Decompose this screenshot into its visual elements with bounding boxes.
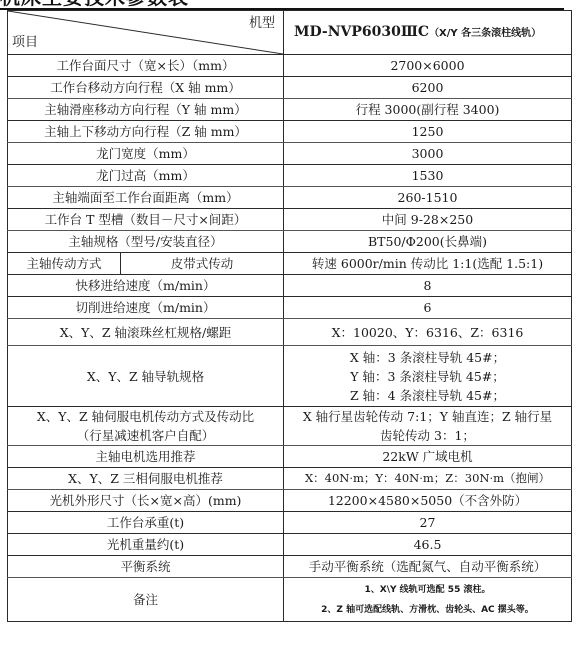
row-value: 3000 (284, 143, 572, 165)
row-value: 46.5 (284, 534, 572, 556)
row-item: X、Y、Z 三相伺服电机推荐 (8, 468, 284, 490)
table-header-row: 机型 项目 MD-NVP6030ⅢC（X/Y 各三条滚柱线轨） (8, 11, 572, 55)
row-value: 手动平衡系统（选配氮气、自动平衡系统） (284, 556, 572, 578)
table-row: X、Y、Z 轴滚珠丝杠规格/螺距X：10020、Y：6316、Z：6316 (8, 319, 572, 346)
model-note: （X/Y 各三条滚柱线轨） (429, 28, 541, 39)
row-value: 22kW 广域电机 (284, 446, 572, 468)
row-item: 主轴传动方式 (8, 253, 121, 275)
row-value: 27 (284, 512, 572, 534)
row-value: 6 (284, 297, 572, 319)
header-diagonal-cell: 机型 项目 (8, 11, 284, 55)
table-row: 主轴端面至工作台面距离（mm）260-1510 (8, 187, 572, 209)
row-item: 平衡系统 (8, 556, 284, 578)
row-value: BT50/Φ200(长鼻端) (284, 231, 572, 253)
header-item-label: 项目 (12, 33, 38, 52)
table-row: 工作台承重(t)27 (8, 512, 572, 534)
table-row: 龙门宽度（mm）3000 (8, 143, 572, 165)
row-item: 工作台面尺寸（宽×长）（mm） (8, 55, 284, 77)
row-value-lines: X 轴行星齿轮传动 7:1；Y 轴直连；Z 轴行星 齿轮传动 3：1； (284, 407, 572, 446)
row-item: 主轴滑座移动方向行程（Y 轴 mm） (8, 99, 284, 121)
table-row: 快移进给速度（m/min）8 (8, 275, 572, 297)
value-line: Y 轴：3 条滚柱导轨 45#； (286, 367, 569, 386)
row-value-lines: X 轴：3 条滚柱导轨 45#； Y 轴：3 条滚柱导轨 45#； Z 轴：4 … (284, 346, 572, 407)
row-item: 工作台 T 型槽（数目－尺寸×间距） (8, 209, 284, 231)
value-line: X 轴：3 条滚柱导轨 45#； (286, 348, 569, 367)
table-row: 工作台 T 型槽（数目－尺寸×间距）中间 9-28×250 (8, 209, 572, 231)
row-item: 光机重量约(t) (8, 534, 284, 556)
table-row: 平衡系统手动平衡系统（选配氮气、自动平衡系统） (8, 556, 572, 578)
row-item: 主轴规格（型号/安装直径） (8, 231, 284, 253)
row-value: 行程 3000(副行程 3400) (284, 99, 572, 121)
notes-cell: 1、X\Y 线轨可选配 55 滚柱。 2、Z 轴可选配线轨、方滑枕、齿轮头、AC… (284, 578, 572, 622)
value-line: Z 轴：4 条滚柱导轨 45#； (286, 386, 569, 405)
row-item: 主轴电机选用推荐 (8, 446, 284, 468)
row-value: X：40N·m；Y：40N·m；Z：30N·m（抱闸） (284, 468, 572, 490)
item-line: X、Y、Z 轴伺服电机传动方式及传动比 (10, 407, 281, 426)
table-row: 切削进给速度（m/min）6 (8, 297, 572, 319)
table-row: X、Y、Z 三相伺服电机推荐X：40N·m；Y：40N·m；Z：30N·m（抱闸… (8, 468, 572, 490)
row-value: 1530 (284, 165, 572, 187)
row-value: 8 (284, 275, 572, 297)
model-name: MD-NVP6030ⅢC (294, 24, 429, 40)
table-row: 主轴规格（型号/安装直径）BT50/Φ200(长鼻端) (8, 231, 572, 253)
table-row: 工作台面尺寸（宽×长）（mm）2700×6000 (8, 55, 572, 77)
row-item-lines: X、Y、Z 轴伺服电机传动方式及传动比 （行星减速机客户自配） (8, 407, 284, 446)
row-item: 龙门过高（mm） (8, 165, 284, 187)
row-item: X、Y、Z 轴导轨规格 (8, 346, 284, 407)
table-row: 龙门过高（mm）1530 (8, 165, 572, 187)
row-value: 中间 9-28×250 (284, 209, 572, 231)
item-line: （行星减速机客户自配） (10, 426, 281, 445)
row-value: 6200 (284, 77, 572, 99)
row-value: 12200×4580×5050（不含外防） (284, 490, 572, 512)
row-item: X、Y、Z 轴滚珠丝杠规格/螺距 (8, 319, 284, 346)
value-line: X 轴行星齿轮传动 7:1；Y 轴直连；Z 轴行星 (286, 407, 569, 426)
table-row: 光机重量约(t)46.5 (8, 534, 572, 556)
row-value: X：10020、Y：6316、Z：6316 (284, 319, 572, 346)
table-row: 主轴上下移动方向行程（Z 轴 mm）1250 (8, 121, 572, 143)
row-item: 切削进给速度（m/min） (8, 297, 284, 319)
row-value: 1250 (284, 121, 572, 143)
row-item: 工作台承重(t) (8, 512, 284, 534)
row-item: 备注 (8, 578, 284, 622)
diagonal-line (8, 11, 283, 54)
table-row: 主轴滑座移动方向行程（Y 轴 mm）行程 3000(副行程 3400) (8, 99, 572, 121)
spindle-drive-row: 主轴传动方式 皮带式传动 转速 6000r/min 传动比 1:1(选配 1.5… (8, 253, 572, 275)
row-value: 260-1510 (284, 187, 572, 209)
page-heading: 机床主要技术参数表 (0, 0, 579, 8)
table-row: 光机外形尺寸（长×宽×高）(mm)12200×4580×5050（不含外防） (8, 490, 572, 512)
note-line: 1、X\Y 线轨可选配 55 滚柱。 (286, 580, 569, 600)
servo-drive-row: X、Y、Z 轴伺服电机传动方式及传动比 （行星减速机客户自配） X 轴行星齿轮传… (8, 407, 572, 446)
row-item: 主轴上下移动方向行程（Z 轴 mm） (8, 121, 284, 143)
value-line: 齿轮传动 3：1； (286, 426, 569, 445)
table-row: 主轴电机选用推荐22kW 广域电机 (8, 446, 572, 468)
notes-row: 备注 1、X\Y 线轨可选配 55 滚柱。 2、Z 轴可选配线轨、方滑枕、齿轮头… (8, 578, 572, 622)
row-value: 2700×6000 (284, 55, 572, 77)
row-item: 主轴端面至工作台面距离（mm） (8, 187, 284, 209)
note-line: 2、Z 轴可选配线轨、方滑枕、齿轮头、AC 摆头等。 (286, 600, 569, 620)
row-item: 光机外形尺寸（长×宽×高）(mm) (8, 490, 284, 512)
guide-rail-row: X、Y、Z 轴导轨规格 X 轴：3 条滚柱导轨 45#； Y 轴：3 条滚柱导轨… (8, 346, 572, 407)
row-item: 龙门宽度（mm） (8, 143, 284, 165)
header-model-cell: MD-NVP6030ⅢC（X/Y 各三条滚柱线轨） (284, 11, 572, 55)
row-item: 快移进给速度（m/min） (8, 275, 284, 297)
spec-table: 机型 项目 MD-NVP6030ⅢC（X/Y 各三条滚柱线轨） 工作台面尺寸（宽… (7, 10, 572, 622)
row-sub-item: 皮带式传动 (121, 253, 284, 275)
header-model-label: 机型 (249, 14, 275, 33)
row-value: 转速 6000r/min 传动比 1:1(选配 1.5:1) (284, 253, 572, 275)
table-row: 工作台移动方向行程（X 轴 mm）6200 (8, 77, 572, 99)
row-item: 工作台移动方向行程（X 轴 mm） (8, 77, 284, 99)
